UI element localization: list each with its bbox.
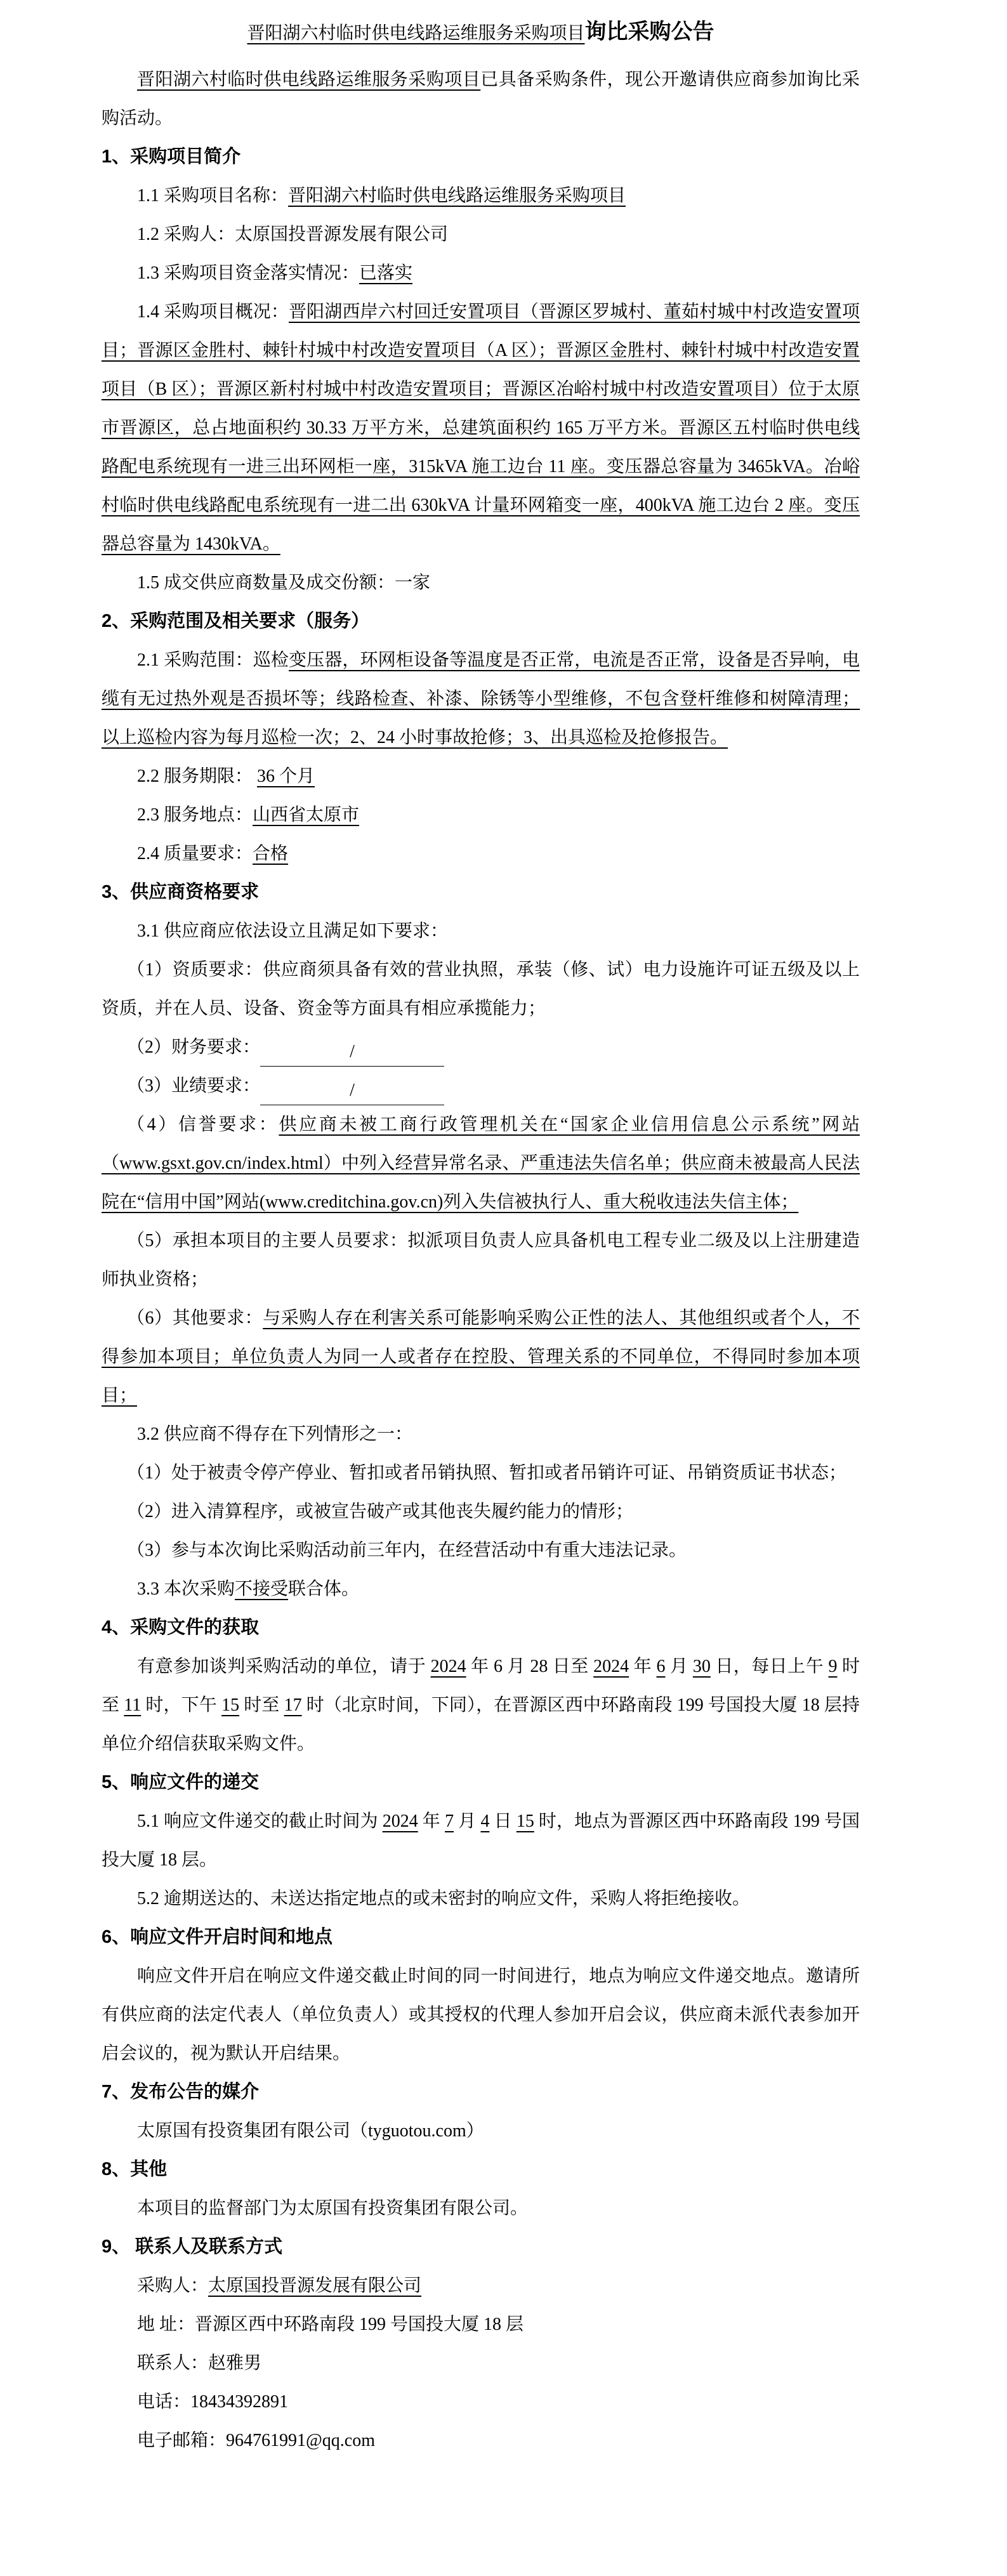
item-2-4: 2.4 质量要求：合格 bbox=[102, 834, 860, 873]
text-run: 电话：18434392891 bbox=[137, 2392, 288, 2412]
contact-address: 地 址：晋源区西中环路南段 199 号国投大厦 18 层 bbox=[102, 2305, 860, 2344]
text-run: 3.2 供应商不得存在下列情形之一： bbox=[137, 1424, 412, 1444]
underlined-text: 6 bbox=[657, 1657, 666, 1676]
section-2-heading: 2、采购范围及相关要求（服务） bbox=[102, 602, 860, 641]
underlined-text: 17 bbox=[284, 1695, 302, 1715]
text-run: 3.3 本次采购 bbox=[137, 1579, 235, 1599]
section-6-paragraph: 响应文件开启在响应文件递交截止时间的同一时间进行，地点为响应文件递交地点。邀请所… bbox=[102, 1957, 860, 2073]
text-run: 1.5 成交供应商数量及成交份额：一家 bbox=[137, 573, 430, 593]
text-run: （2）进入清算程序，或被宣告破产或其他丧失履约能力的情形； bbox=[127, 1502, 633, 1521]
text-run: （2）财务要求： bbox=[127, 1037, 260, 1057]
text-run: 月 bbox=[666, 1657, 693, 1676]
text-run: 5、响应文件的递交 bbox=[102, 1772, 259, 1792]
text-run: 月 bbox=[454, 1811, 480, 1831]
text-run: 5.1 响应文件递交的截止时间为 bbox=[137, 1811, 383, 1831]
text-run: 地 址：晋源区西中环路南段 199 号国投大厦 18 层 bbox=[137, 2315, 523, 2334]
contact-person: 联系人：赵雅男 bbox=[102, 2344, 860, 2382]
text-run: 采购人： bbox=[137, 2276, 208, 2296]
announcement-document: 晋阳湖六村临时供电线路运维服务采购项目询比采购公告 晋阳湖六村临时供电线路运维服… bbox=[0, 0, 1007, 2460]
item-5-2: 5.2 逾期送达的、未送达指定地点的或未密封的响应文件，采购人将拒绝接收。 bbox=[102, 1879, 860, 1918]
underlined-text: 2024 bbox=[593, 1657, 629, 1676]
text-run: 电子邮箱：964761991@qq.com bbox=[137, 2431, 375, 2450]
text-run: （1）处于被责令停产停业、暂扣或者吊销执照、暂扣或者吊销许可证、吊销资质证书状态… bbox=[127, 1463, 846, 1483]
text-run: 2.4 质量要求： bbox=[137, 844, 253, 864]
text-run: 2、采购范围及相关要求（服务） bbox=[102, 611, 369, 631]
item-1-1: 1.1 采购项目名称：晋阳湖六村临时供电线路运维服务采购项目 bbox=[102, 176, 860, 215]
item-3-1-4: （4）信誉要求：供应商未被工商行政管理机关在“国家企业信用信息公示系统”网站（w… bbox=[102, 1105, 860, 1221]
underlined-text: 36 个月 bbox=[257, 766, 315, 786]
page-title-project-name: 晋阳湖六村临时供电线路运维服务采购项目 bbox=[247, 23, 584, 43]
item-1-2: 1.2 采购人：太原国投晋源发展有限公司 bbox=[102, 215, 860, 254]
item-3-1-6: （6）其他要求：与采购人存在利害关系可能影响采购公正性的法人、其他组织或者个人，… bbox=[102, 1299, 860, 1415]
supervision-paragraph: 本项目的监督部门为太原国有投资集团有限公司。 bbox=[102, 2189, 860, 2228]
intro-paragraph: 晋阳湖六村临时供电线路运维服务采购项目已具备采购条件，现公开邀请供应商参加询比采… bbox=[102, 60, 860, 138]
item-5-1: 5.1 响应文件递交的截止时间为 2024 年 7 月 4 日 15 时，地点为… bbox=[102, 1802, 860, 1879]
text-run: 1.3 采购项目资金落实情况： bbox=[137, 263, 359, 283]
underlined-text: 2024 bbox=[431, 1657, 466, 1676]
underlined-text: 山西省太原市 bbox=[253, 805, 359, 825]
section-8-heading: 8、其他 bbox=[102, 2150, 860, 2189]
text-run: （1）资质要求：供应商须具备有效的营业执照，承装（修、试）电力设施许可证五级及以… bbox=[102, 960, 860, 1018]
text-run: 6、响应文件开启时间和地点 bbox=[102, 1927, 332, 1947]
text-run: 联合体。 bbox=[288, 1579, 359, 1599]
contact-phone: 电话：18434392891 bbox=[102, 2382, 860, 2421]
item-3-1-3: （3）业绩要求：/ bbox=[102, 1067, 860, 1105]
section-3-heading: 3、供应商资格要求 bbox=[102, 873, 860, 912]
text-run: 有意参加谈判采购活动的单位，请于 bbox=[137, 1657, 431, 1676]
text-run: 日，每日上午 bbox=[711, 1657, 829, 1676]
item-2-1: 2.1 采购范围：巡检变压器，环网柜设备等温度是否正常，电流是否正常，设备是否异… bbox=[102, 641, 860, 757]
section-1-heading: 1、采购项目简介 bbox=[102, 138, 860, 176]
item-2-3: 2.3 服务地点：山西省太原市 bbox=[102, 796, 860, 834]
text-run: 本项目的监督部门为太原国有投资集团有限公司。 bbox=[137, 2198, 528, 2218]
text-run: 7、发布公告的媒介 bbox=[102, 2082, 259, 2102]
item-1-3: 1.3 采购项目资金落实情况：已落实 bbox=[102, 254, 860, 292]
section-4-heading: 4、采购文件的获取 bbox=[102, 1608, 860, 1647]
text-run: 时至 bbox=[239, 1695, 284, 1715]
text-run: 3、供应商资格要求 bbox=[102, 882, 259, 902]
blank-underline-field: / bbox=[260, 1038, 444, 1067]
text-run: （6）其他要求： bbox=[127, 1308, 263, 1328]
item-3-1-2: （2）财务要求：/ bbox=[102, 1028, 860, 1067]
underlined-text: 15 bbox=[517, 1811, 534, 1831]
underlined-text: 11 bbox=[124, 1695, 141, 1715]
item-2-2: 2.2 服务期限： 36 个月 bbox=[102, 757, 860, 796]
publish-media: 太原国有投资集团有限公司（tyguotou.com） bbox=[102, 2112, 860, 2150]
text-run: （5）承担本项目的主要人员要求：拟派项目负责人应具备机电工程专业二级及以上注册建… bbox=[102, 1231, 860, 1289]
text-run: 2.1 采购范围：巡检 bbox=[137, 650, 289, 670]
underlined-text: 30 bbox=[693, 1657, 711, 1676]
contact-email: 电子邮箱：964761991@qq.com bbox=[102, 2421, 860, 2460]
text-run: 1.1 采购项目名称： bbox=[137, 186, 288, 206]
text-run: 年 bbox=[629, 1657, 656, 1676]
underlined-text: 晋阳湖六村临时供电线路运维服务采购项目 bbox=[137, 70, 480, 89]
page-title: 晋阳湖六村临时供电线路运维服务采购项目询比采购公告 bbox=[102, 5, 860, 60]
item-3-2: 3.2 供应商不得存在下列情形之一： bbox=[102, 1415, 860, 1454]
text-run: 1.2 采购人：太原国投晋源发展有限公司 bbox=[137, 225, 448, 244]
underlined-text: 合格 bbox=[253, 844, 288, 864]
item-3-1-1: （1）资质要求：供应商须具备有效的营业执照，承装（修、试）电力设施许可证五级及以… bbox=[102, 950, 860, 1028]
text-run: 太原国有投资集团有限公司（tyguotou.com） bbox=[137, 2121, 484, 2141]
text-run: 联系人：赵雅男 bbox=[137, 2353, 261, 2373]
document-body: 晋阳湖六村临时供电线路运维服务采购项目已具备采购条件，现公开邀请供应商参加询比采… bbox=[102, 60, 860, 2460]
contact-buyer: 采购人：太原国投晋源发展有限公司 bbox=[102, 2266, 860, 2305]
blank-underline-field: / bbox=[260, 1077, 444, 1105]
page-title-announcement-type: 询比采购公告 bbox=[585, 20, 714, 44]
item-3-2-2: （2）进入清算程序，或被宣告破产或其他丧失履约能力的情形； bbox=[102, 1492, 860, 1531]
text-run: 年 6 月 28 日至 bbox=[466, 1657, 594, 1676]
text-run: （4）信誉要求： bbox=[127, 1115, 279, 1134]
text-run: 响应文件开启在响应文件递交截止时间的同一时间进行，地点为响应文件递交地点。邀请所… bbox=[102, 1966, 860, 2063]
item-3-2-1: （1）处于被责令停产停业、暂扣或者吊销执照、暂扣或者吊销许可证、吊销资质证书状态… bbox=[102, 1454, 860, 1492]
underlined-text: 已落实 bbox=[359, 263, 412, 283]
underlined-text: 7 bbox=[445, 1811, 454, 1831]
item-3-2-3: （3）参与本次询比采购活动前三年内，在经营活动中有重大违法记录。 bbox=[102, 1531, 860, 1570]
item-3-1-5: （5）承担本项目的主要人员要求：拟派项目负责人应具备机电工程专业二级及以上注册建… bbox=[102, 1221, 860, 1299]
section-7-heading: 7、发布公告的媒介 bbox=[102, 2073, 860, 2112]
underlined-text: 晋阳湖六村临时供电线路运维服务采购项目 bbox=[288, 186, 626, 206]
item-3-1: 3.1 供应商应依法设立且满足如下要求： bbox=[102, 912, 860, 950]
text-run: 9、 联系人及联系方式 bbox=[102, 2237, 282, 2257]
underlined-text: 4 bbox=[480, 1811, 489, 1831]
underlined-text: 太原国投晋源发展有限公司 bbox=[208, 2276, 421, 2296]
item-1-5: 1.5 成交供应商数量及成交份额：一家 bbox=[102, 563, 860, 602]
text-run: （3）业绩要求： bbox=[127, 1076, 260, 1096]
text-run: 时，下午 bbox=[141, 1695, 221, 1715]
section-6-heading: 6、响应文件开启时间和地点 bbox=[102, 1918, 860, 1957]
section-9-heading: 9、 联系人及联系方式 bbox=[102, 2228, 860, 2266]
text-run: 2.2 服务期限： bbox=[137, 766, 257, 786]
item-1-4: 1.4 采购项目概况：晋阳湖西岸六村回迁安置项目（晋源区罗城村、董茹村城中村改造… bbox=[102, 292, 860, 563]
text-run: （3）参与本次询比采购活动前三年内，在经营活动中有重大违法记录。 bbox=[127, 1541, 687, 1560]
section-5-heading: 5、响应文件的递交 bbox=[102, 1763, 860, 1802]
text-run: 3.1 供应商应依法设立且满足如下要求： bbox=[137, 921, 448, 941]
underlined-text: 晋阳湖西岸六村回迁安置项目（晋源区罗城村、董茹村城中村改造安置项目；晋源区金胜村… bbox=[102, 302, 860, 554]
underlined-text: 2024 bbox=[383, 1811, 418, 1831]
text-run: 4、采购文件的获取 bbox=[102, 1617, 259, 1638]
item-3-3: 3.3 本次采购不接受联合体。 bbox=[102, 1570, 860, 1608]
underlined-text: 9 bbox=[829, 1657, 838, 1676]
underlined-text: 不接受 bbox=[235, 1579, 288, 1599]
text-run: 年 bbox=[418, 1811, 445, 1831]
text-run: 8、其他 bbox=[102, 2159, 167, 2179]
text-run: 日 bbox=[489, 1811, 516, 1831]
text-run: 1.4 采购项目概况： bbox=[137, 302, 289, 322]
text-run: 5.2 逾期送达的、未送达指定地点的或未密封的响应文件，采购人将拒绝接收。 bbox=[137, 1889, 750, 1909]
underlined-text: 15 bbox=[221, 1695, 239, 1715]
text-run: 1、采购项目简介 bbox=[102, 147, 240, 167]
section-4-paragraph: 有意参加谈判采购活动的单位，请于 2024 年 6 月 28 日至 2024 年… bbox=[102, 1647, 860, 1763]
text-run: 2.3 服务地点： bbox=[137, 805, 253, 825]
